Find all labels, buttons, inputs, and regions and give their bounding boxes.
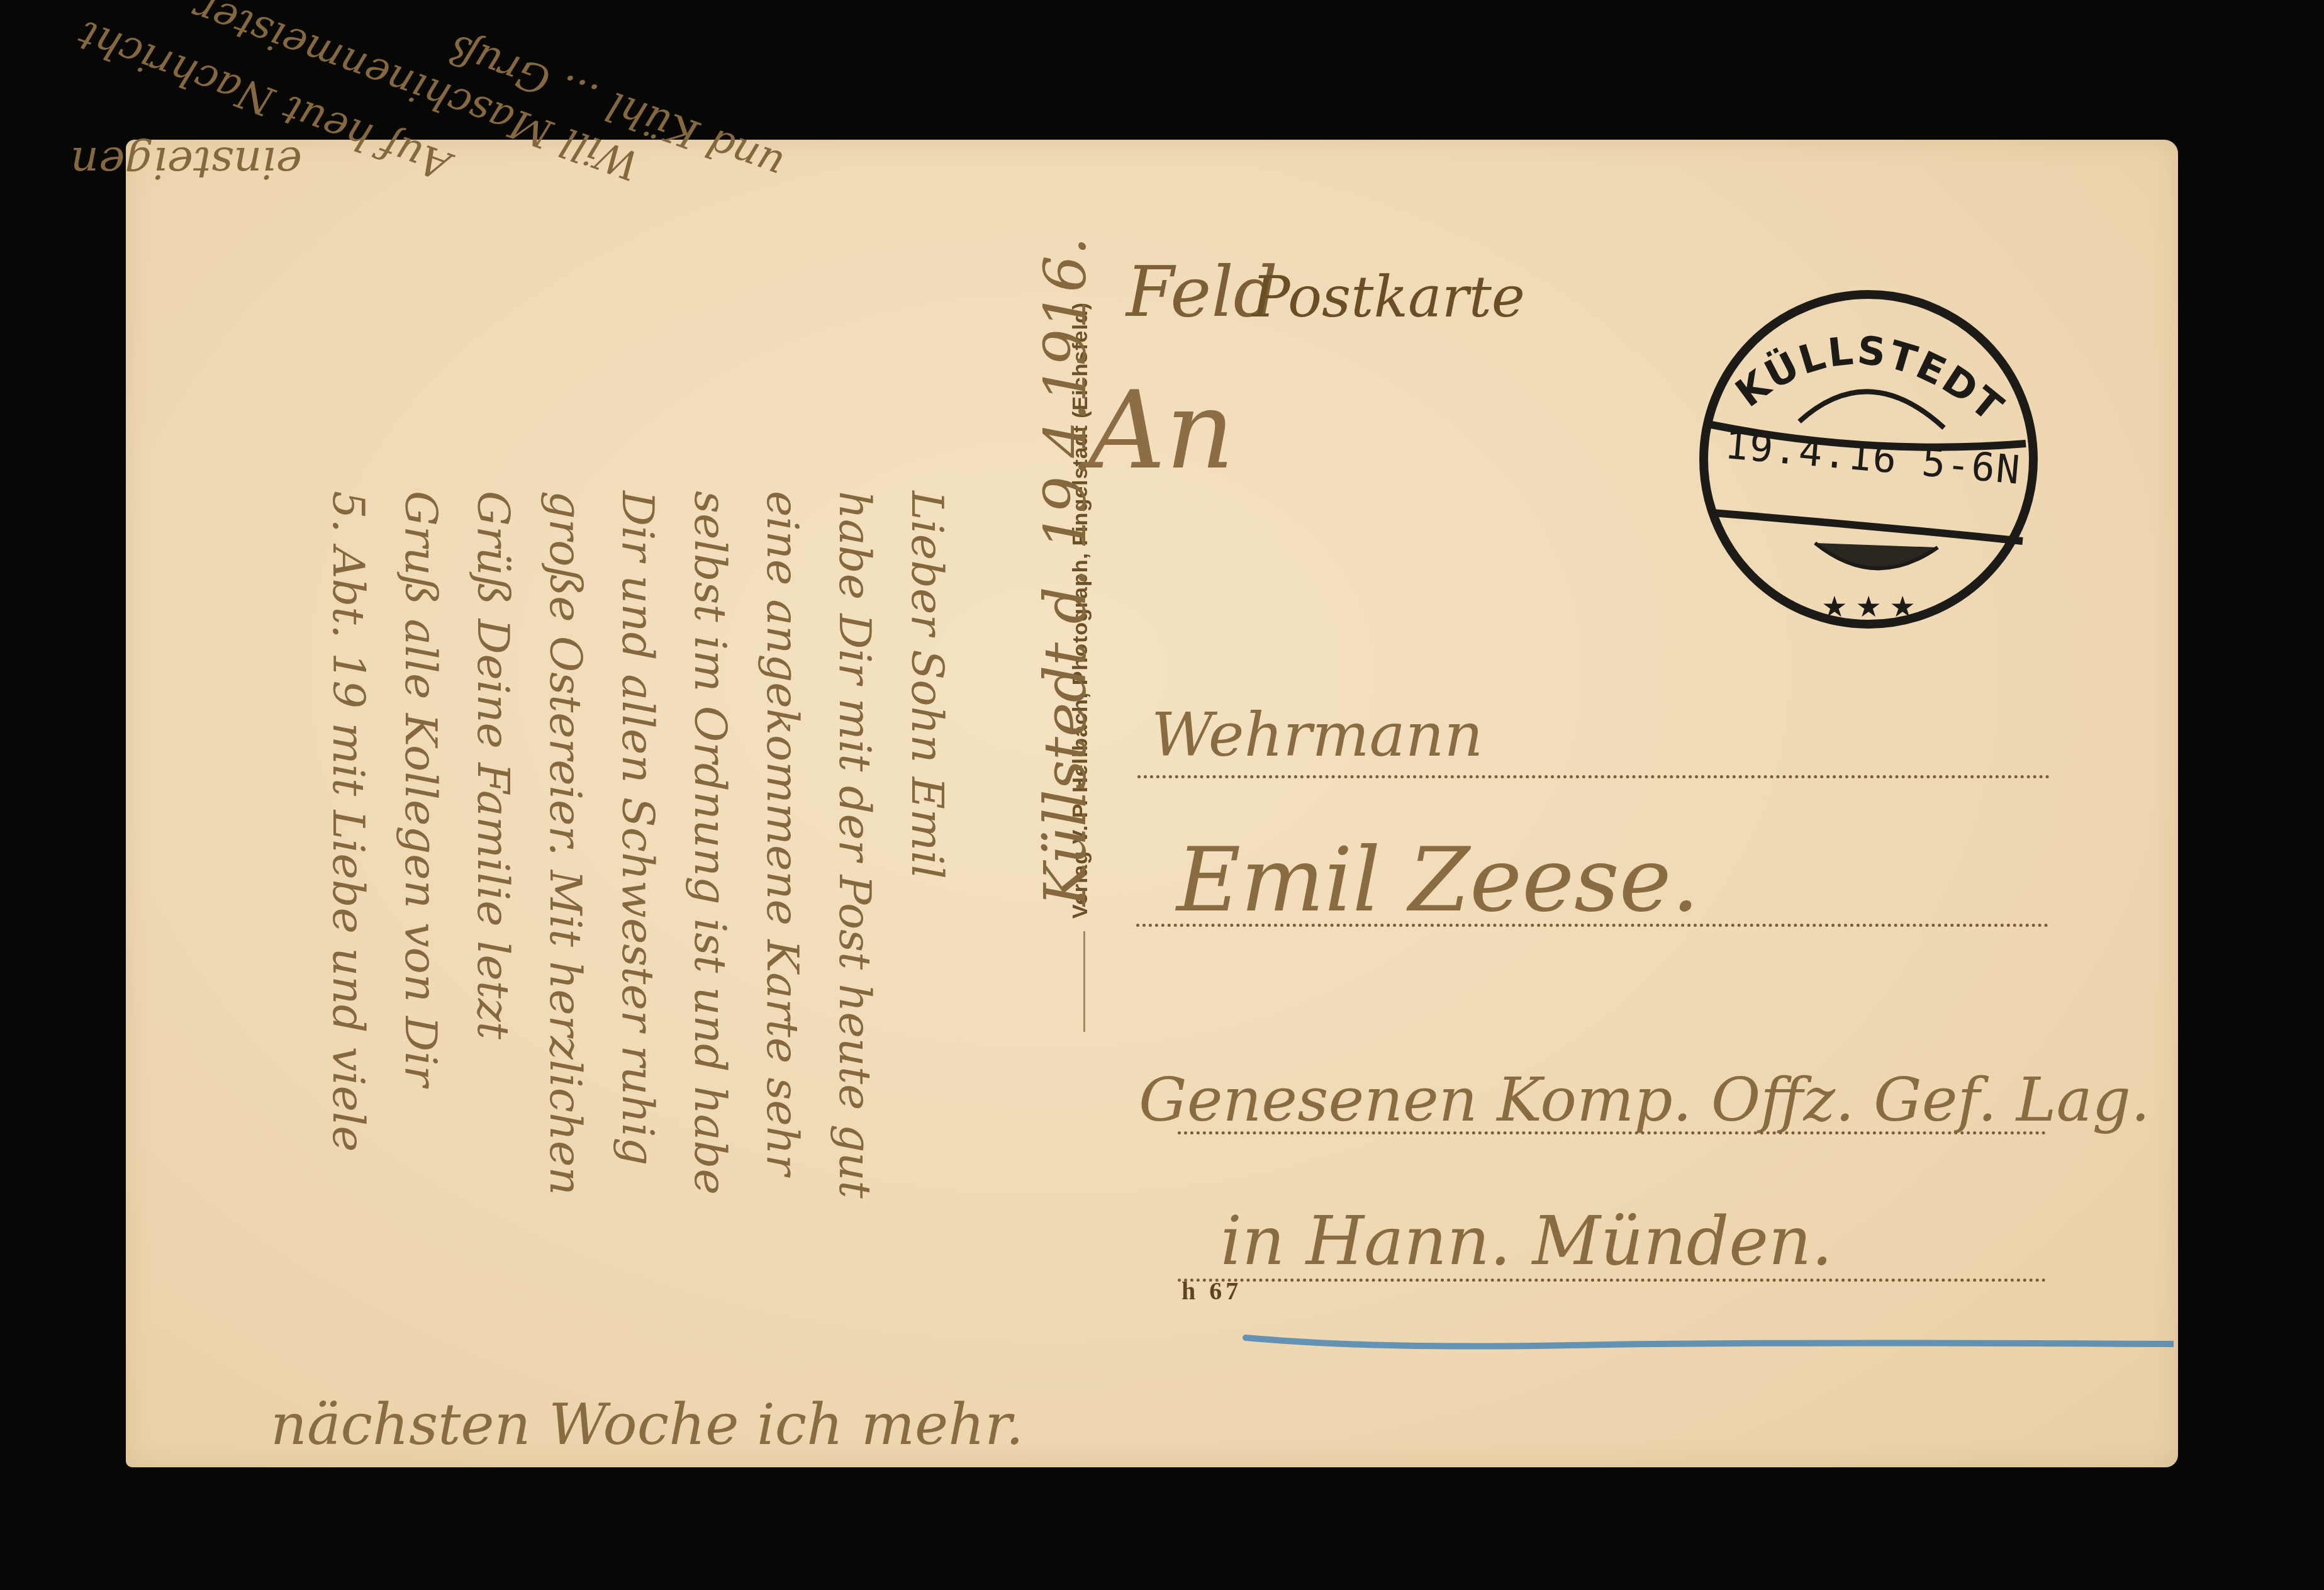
address-rule-1: [1137, 775, 2050, 778]
address-salutation: An: [1088, 378, 1234, 484]
message-column: 5. Abt. 19 mit Liebe und viele: [323, 491, 374, 1152]
message-closing: nächsten Woche ich mehr.: [271, 1397, 1024, 1453]
address-rule-3: [1178, 1131, 2046, 1134]
address-rule-4: [1178, 1279, 2046, 1282]
message-column: Grüß Deine Familie letzt: [467, 491, 519, 1039]
postmark-stars: ★ ★ ★: [1821, 590, 1915, 623]
address-rule-2: [1136, 924, 2048, 927]
blue-crayon-underline: [1243, 1334, 2174, 1350]
address-line-2: Emil Zeese.: [1176, 837, 1699, 925]
address-line-3: Genesenen Komp. Offz. Gef. Lag.: [1139, 1070, 2150, 1130]
divider-line: [1083, 931, 1085, 1032]
message-column: einsteigen: [70, 137, 302, 189]
postkarte-title: Postkarte: [1252, 264, 1525, 330]
catalog-number: h 67: [1182, 1276, 1242, 1306]
svg-text:KÜLLSTEDT: KÜLLSTEDT: [1727, 327, 2013, 431]
message-place-date: Küllstedt d. 19.4.1916.: [1032, 237, 1099, 906]
postmark-town: KÜLLSTEDT: [1727, 327, 2013, 431]
message-column: Lieber Sohn Emil: [902, 491, 953, 879]
message-column: eine angekommene Karte sehr: [757, 491, 808, 1175]
message-column: selbst im Ordnung ist und habe: [684, 491, 736, 1195]
message-column: Gruß alle Kollegen von Dir: [395, 491, 447, 1087]
message-column: habe Dir mit der Post heute gut: [829, 491, 881, 1199]
message-column: Dir und allen Schwester ruhig: [612, 491, 664, 1165]
address-line-4: in Hann. Münden.: [1221, 1208, 1833, 1275]
address-line-1: Wehrmann: [1151, 705, 1483, 765]
message-column: große Ostereier. Mit herzlichen: [540, 491, 591, 1195]
